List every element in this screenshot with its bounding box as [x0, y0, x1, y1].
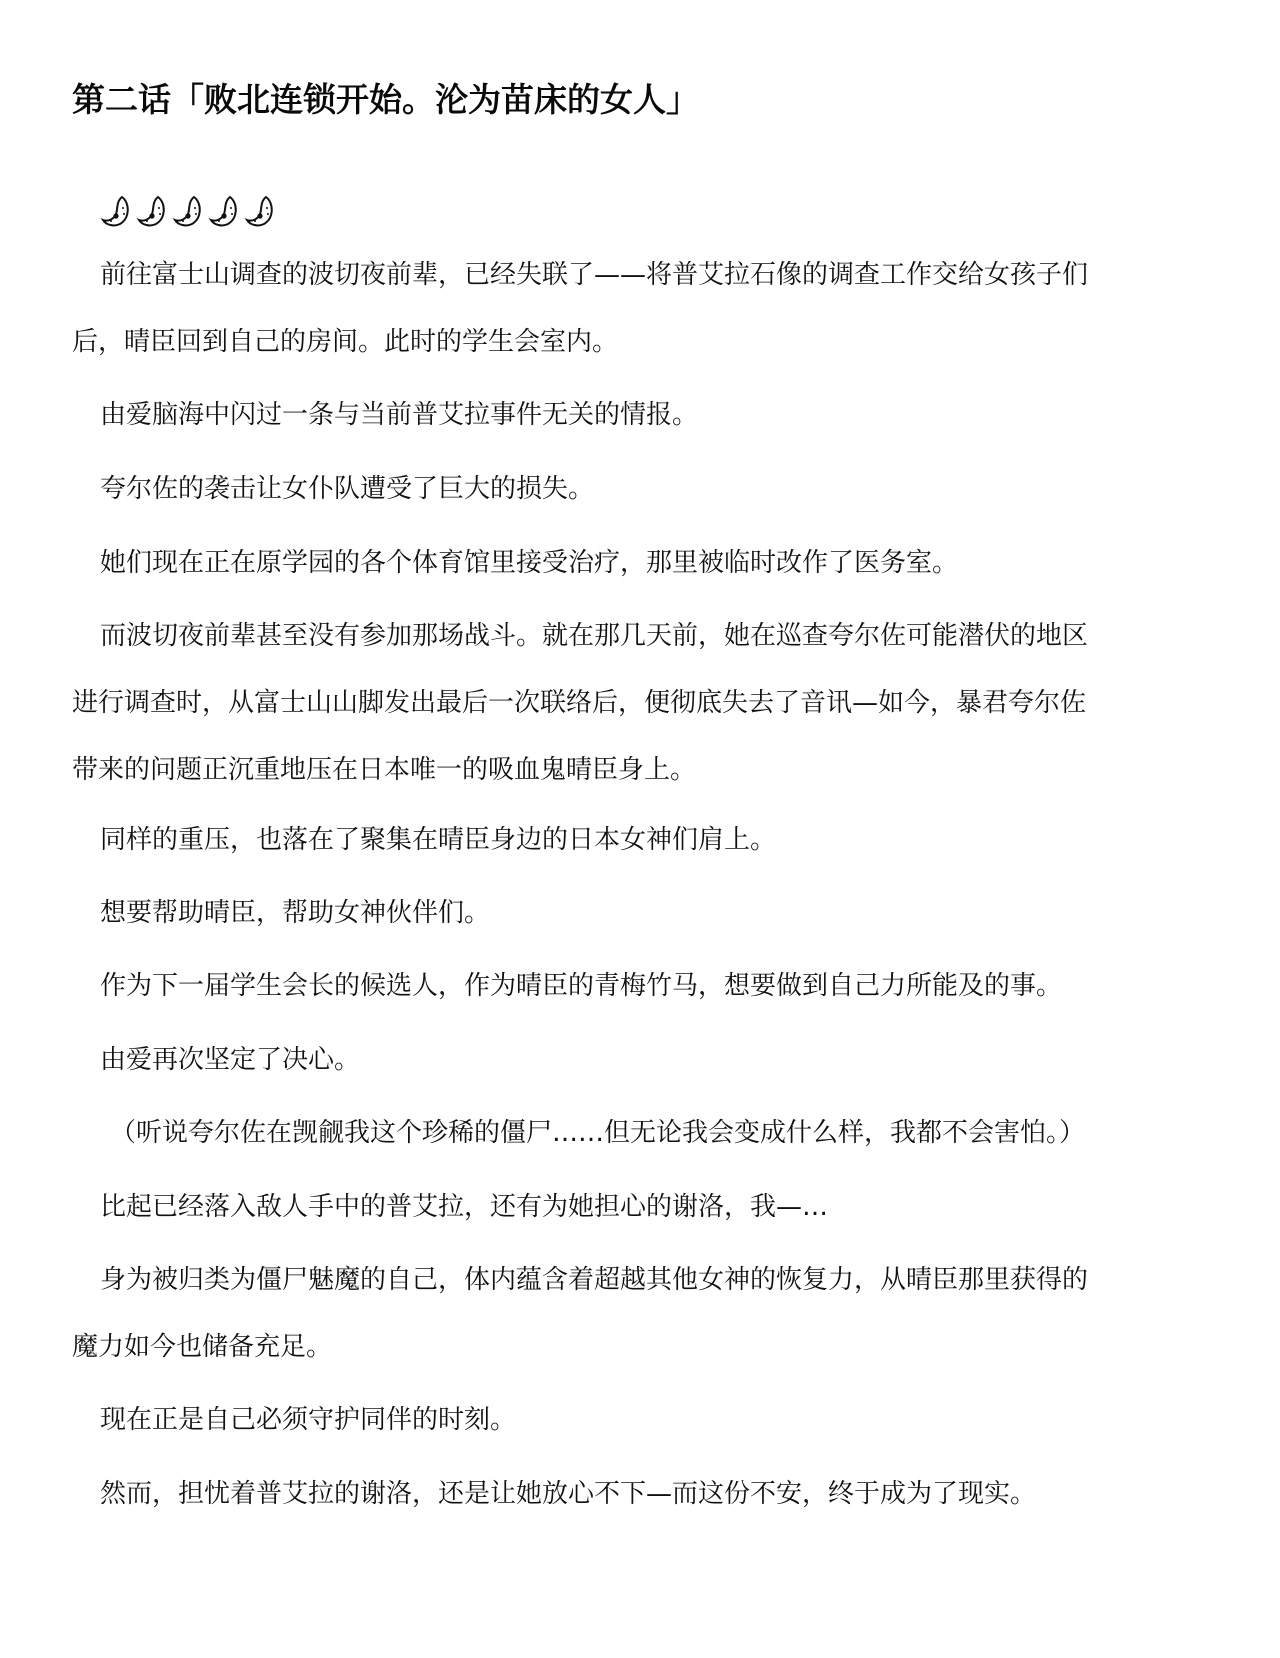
- paragraph: 现在正是自己必须守护同伴的时刻。: [72, 1387, 1152, 1454]
- paragraph: 而波切夜前辈甚至没有参加那场战斗。就在那几天前，她在巡查夸尔佐可能潜伏的地区 进…: [72, 603, 1152, 804]
- chapter-title: 第二话「败北连锁开始。沦为苗床的女人」: [72, 74, 699, 121]
- paragraph: 夸尔佐的袭击让女仆队遭受了巨大的损失。: [72, 456, 1152, 523]
- crescent-moon-icon: [244, 194, 276, 228]
- paragraph: 前往富士山调查的波切夜前辈，已经失联了——将普艾拉石像的调查工作交给女孩子们 后…: [72, 242, 1152, 376]
- document-page: 第二话「败北连锁开始。沦为苗床的女人」 前往富士山调查的波切夜前辈，已经失联了—…: [0, 0, 1280, 1658]
- paragraph: 由爱再次坚定了决心。: [72, 1027, 1152, 1094]
- paragraph: 作为下一届学生会长的候选人，作为晴臣的青梅竹马，想要做到自己力所能及的事。: [72, 953, 1152, 1020]
- paragraph: 想要帮助晴臣，帮助女神伙伴们。: [72, 880, 1152, 947]
- paragraph: 她们现在正在原学园的各个体育馆里接受治疗，那里被临时改作了医务室。: [72, 530, 1152, 597]
- paragraph-line: 作为下一届学生会长的候选人，作为晴臣的青梅竹马，想要做到自己力所能及的事。: [72, 953, 1152, 1020]
- crescent-moon-icon: [208, 194, 240, 228]
- paragraph-line: 由爱再次坚定了决心。: [72, 1027, 1152, 1094]
- paragraph-line: 魔力如今也储备充足。: [72, 1314, 1152, 1381]
- paragraph-line: 现在正是自己必须守护同伴的时刻。: [72, 1387, 1152, 1454]
- paragraph-line: 前往富士山调查的波切夜前辈，已经失联了——将普艾拉石像的调查工作交给女孩子们: [72, 242, 1152, 309]
- paragraph: 身为被归类为僵尸魅魔的自己，体内蕴含着超越其他女神的恢复力，从晴臣那里获得的 魔…: [72, 1247, 1152, 1381]
- paragraph: 比起已经落入敌人手中的普艾拉，还有为她担心的谢洛，我—…: [72, 1174, 1152, 1241]
- paragraph-line: 夸尔佐的袭击让女仆队遭受了巨大的损失。: [72, 456, 1152, 523]
- paragraph-line: 她们现在正在原学园的各个体育馆里接受治疗，那里被临时改作了医务室。: [72, 530, 1152, 597]
- paragraph-line: 而波切夜前辈甚至没有参加那场战斗。就在那几天前，她在巡查夸尔佐可能潜伏的地区: [72, 603, 1152, 670]
- paragraph: 由爱脑海中闪过一条与当前普艾拉事件无关的情报。: [72, 382, 1152, 449]
- paragraph: 然而，担忧着普艾拉的谢洛，还是让她放心不下—而这份不安，终于成为了现实。: [72, 1461, 1152, 1528]
- paragraph-line: 进行调查时，从富士山山脚发出最后一次联络后，便彻底失去了音讯—如今，暴君夸尔佐: [72, 670, 1152, 737]
- paragraph-line: 比起已经落入敌人手中的普艾拉，还有为她担心的谢洛，我—…: [72, 1174, 1152, 1241]
- paragraph-line: 身为被归类为僵尸魅魔的自己，体内蕴含着超越其他女神的恢复力，从晴臣那里获得的: [72, 1247, 1152, 1314]
- paragraph-line: （听说夸尔佐在觊觎我这个珍稀的僵尸……但无论我会变成什么样，我都不会害怕。）: [72, 1100, 1152, 1167]
- crescent-moon-icon: [100, 194, 132, 228]
- paragraph-line: 同样的重压，也落在了聚集在晴臣身边的日本女神们肩上。: [72, 807, 1152, 874]
- crescent-moon-icon: [136, 194, 168, 228]
- paragraph-line: 然而，担忧着普艾拉的谢洛，还是让她放心不下—而这份不安，终于成为了现实。: [72, 1461, 1152, 1528]
- section-separator: [100, 194, 276, 228]
- paragraph-line: 带来的问题正沉重地压在日本唯一的吸血鬼晴臣身上。: [72, 737, 1152, 804]
- paragraph: 同样的重压，也落在了聚集在晴臣身边的日本女神们肩上。: [72, 807, 1152, 874]
- paragraph-line: 后，晴臣回到自己的房间。此时的学生会室内。: [72, 309, 1152, 376]
- paragraph-line: 想要帮助晴臣，帮助女神伙伴们。: [72, 880, 1152, 947]
- crescent-moon-icon: [172, 194, 204, 228]
- paragraph-line: 由爱脑海中闪过一条与当前普艾拉事件无关的情报。: [72, 382, 1152, 449]
- paragraph: （听说夸尔佐在觊觎我这个珍稀的僵尸……但无论我会变成什么样，我都不会害怕。）: [72, 1100, 1152, 1167]
